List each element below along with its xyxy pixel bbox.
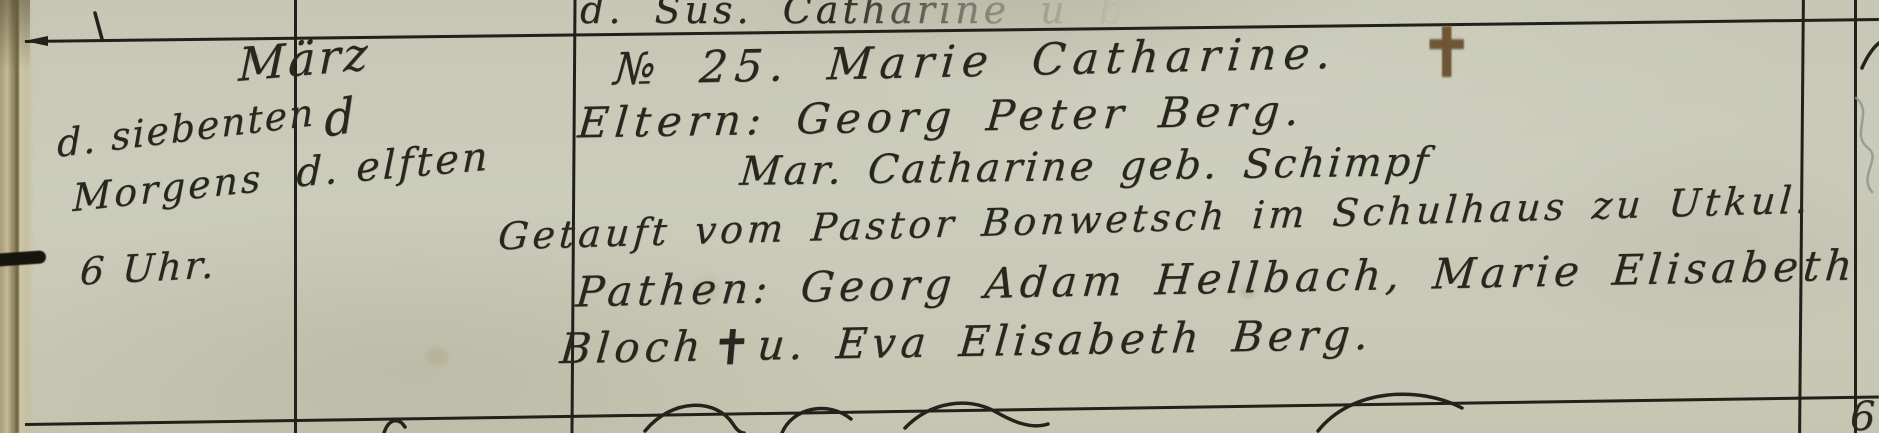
handwriting-fragments	[0, 0, 1879, 433]
church-register-scan: d. Sus. Catharine u b März d. siebenten …	[0, 0, 1879, 433]
next-entry-fragment-stroke	[645, 405, 744, 433]
stray-pen-stroke	[95, 13, 102, 39]
adjacent-column-stroke	[1862, 43, 1879, 68]
next-entry-fragment-stroke	[384, 421, 405, 433]
next-entry-fragment-stroke	[905, 403, 1048, 428]
pencil-mark	[1856, 98, 1873, 192]
next-entry-fragment-stroke	[1318, 394, 1462, 431]
next-entry-fragment-stroke	[782, 408, 851, 433]
